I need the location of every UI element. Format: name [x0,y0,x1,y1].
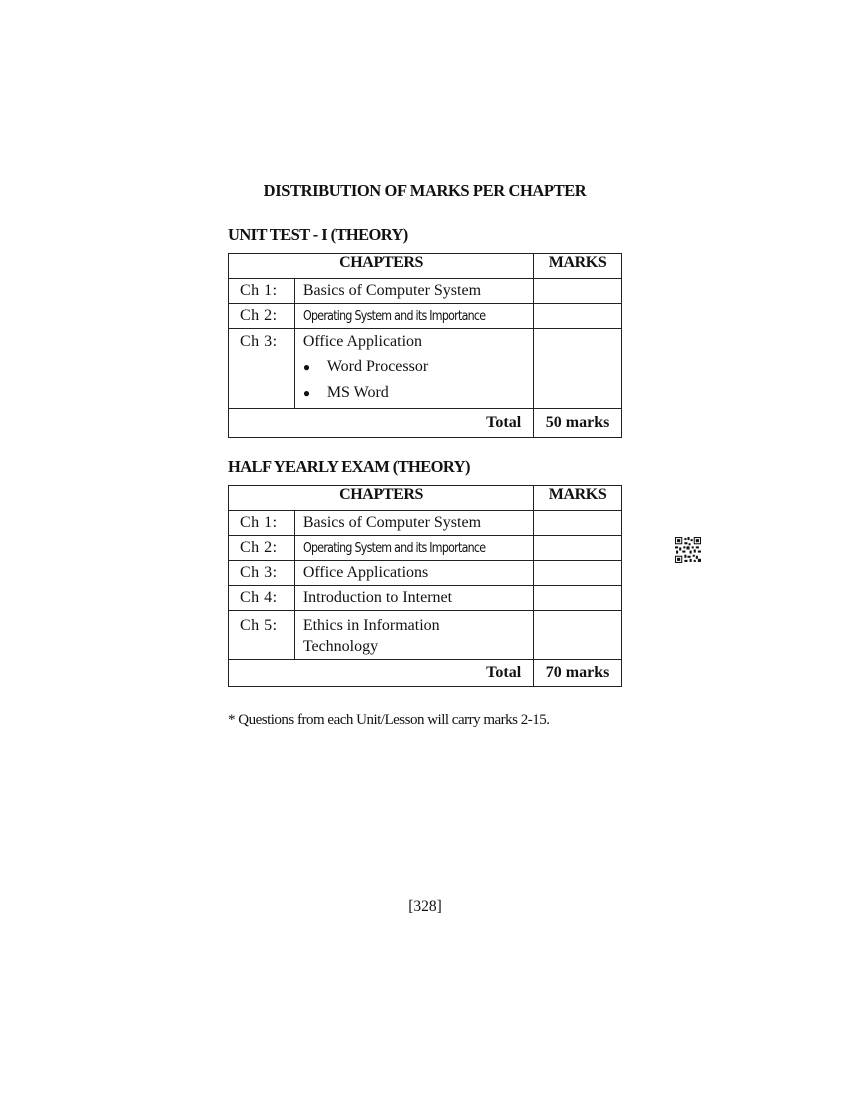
chapter-number: Ch 1: [229,511,295,536]
half-yearly-table: CHAPTERS MARKS Ch 1: Basics of Computer … [228,485,622,687]
chapter-number: Ch 2: [229,304,295,329]
table-row: Ch 3: Office Applications [229,561,622,586]
page-number: [328] [0,898,850,916]
table-row: Ch 1: Basics of Computer System [229,511,622,536]
total-value: 50 marks [534,408,622,437]
table-row: Ch 1: Basics of Computer System [229,279,622,304]
chapters-header: CHAPTERS [229,486,534,511]
chapter-name: Operating System and its Importance [303,536,485,560]
table-row: Ch 2: Operating System and its Importanc… [229,536,622,561]
subitem: ●Word Processor [303,354,525,380]
chapter-number: Ch 1: [229,279,295,304]
total-value: 70 marks [534,660,622,687]
chapter-number: Ch 4: [229,586,295,611]
page-title: DISTRIBUTION OF MARKS PER CHAPTER [0,181,850,201]
chapter-name: Introduction to Internet [294,586,533,611]
total-row: Total 70 marks [229,660,622,687]
chapter-number: Ch 3: [229,329,295,409]
chapter-name: Office Applications [294,561,533,586]
chapter-marks [534,561,622,586]
qr-code-icon [675,537,701,563]
chapter-number: Ch 5: [229,611,295,660]
chapter-marks [534,304,622,329]
total-row: Total 50 marks [229,408,622,437]
chapter-name: Basics of Computer System [294,511,533,536]
subitem-list: ●Word Processor ●MS Word [303,354,525,406]
chapter-number: Ch 3: [229,561,295,586]
chapter-name: Basics of Computer System [294,279,533,304]
chapter-marks [534,511,622,536]
bullet-icon: ● [303,381,327,406]
chapter-marks [534,536,622,561]
table-row: Ch 3: Office Application ●Word Processor… [229,329,622,409]
unit-test-table: CHAPTERS MARKS Ch 1: Basics of Computer … [228,253,622,438]
table-row: Ch 2: Operating System and its Importanc… [229,304,622,329]
table-row: Ch 5: Ethics in Information Technology [229,611,622,660]
half-yearly-heading: HALF YEARLY EXAM (THEORY) [228,457,470,477]
unit-test-heading: UNIT TEST - I (THEORY) [228,225,408,245]
chapters-header: CHAPTERS [229,254,534,279]
table-header-row: CHAPTERS MARKS [229,486,622,511]
bullet-icon: ● [303,355,327,380]
chapter-marks [534,611,622,660]
table-row: Ch 4: Introduction to Internet [229,586,622,611]
table-header-row: CHAPTERS MARKS [229,254,622,279]
subitem: ●MS Word [303,380,525,406]
chapter-name: Ethics in Information Technology [303,615,473,657]
chapter-marks [534,586,622,611]
marks-header: MARKS [534,254,622,279]
total-label: Total [229,660,534,687]
chapter-name: Operating System and its Importance [303,304,485,328]
chapter-marks [534,279,622,304]
total-label: Total [229,408,534,437]
footnote: * Questions from each Unit/Lesson will c… [228,712,550,729]
chapter-marks [534,329,622,409]
chapter-name: Office Application [303,329,525,354]
chapter-number: Ch 2: [229,536,295,561]
marks-header: MARKS [534,486,622,511]
